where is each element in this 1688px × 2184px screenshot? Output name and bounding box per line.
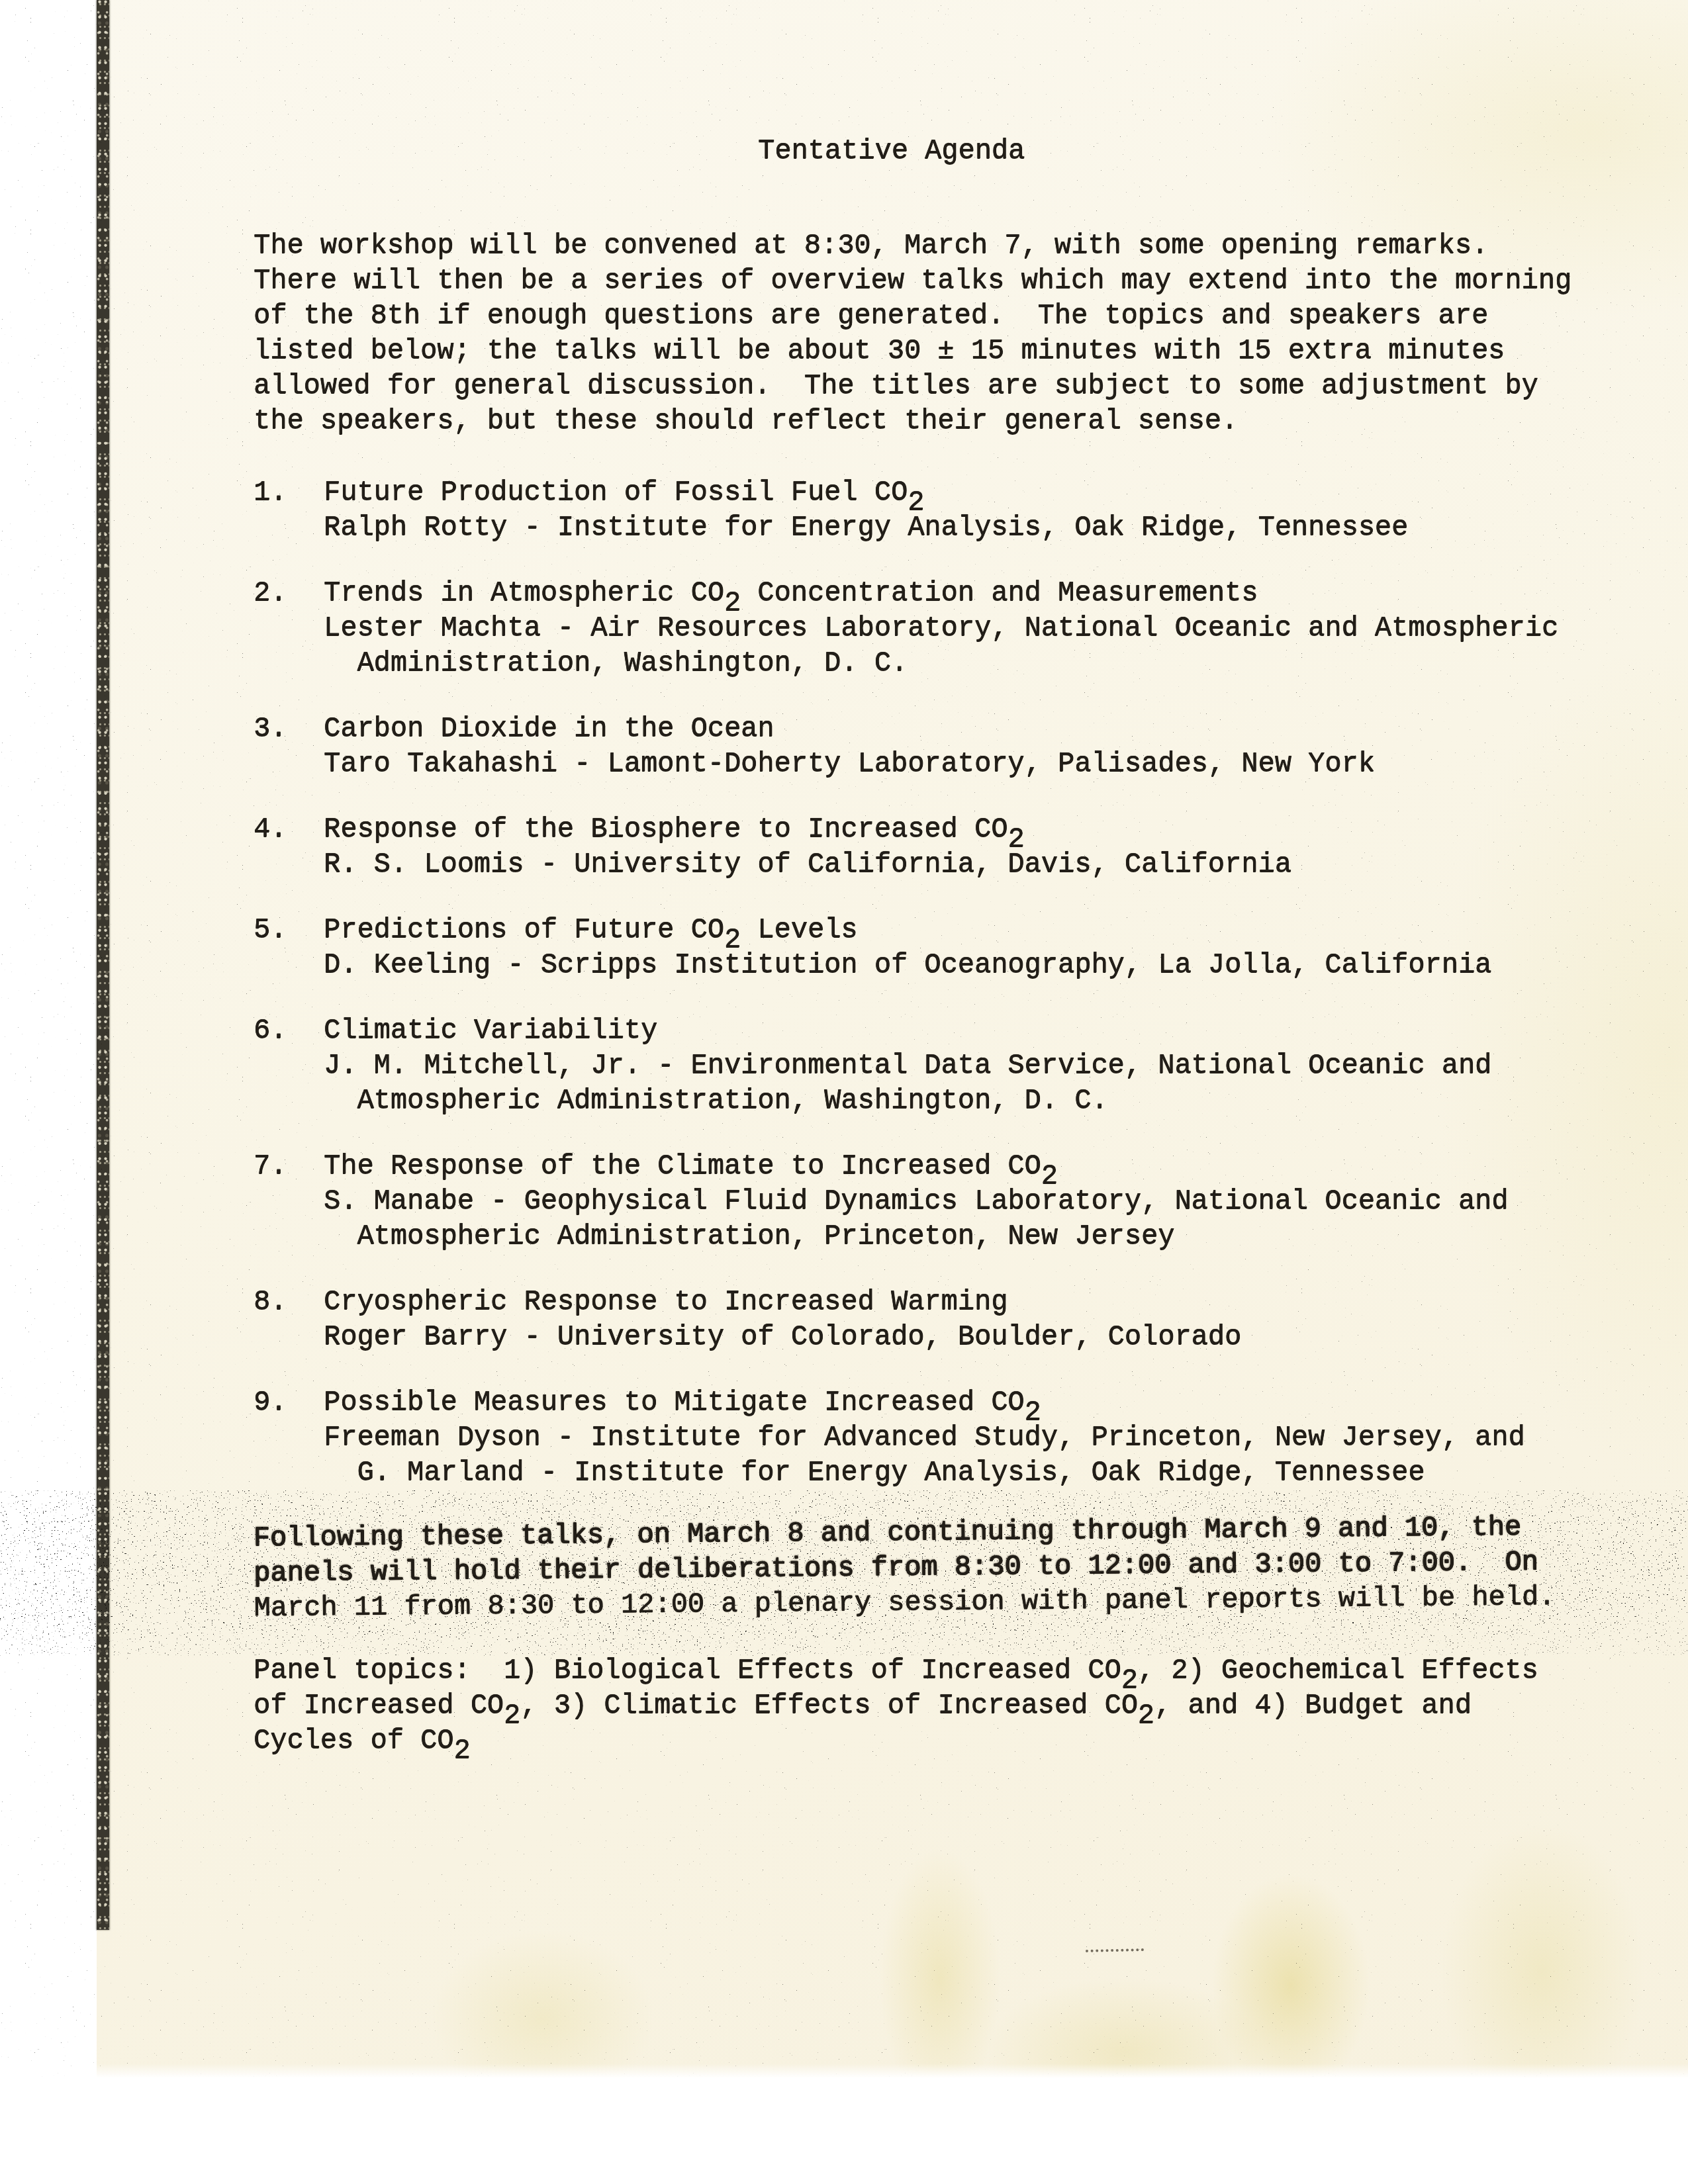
item-number: 6. [254, 1013, 287, 1048]
text-line: Atmospheric Administration, Washington, … [324, 1083, 1624, 1118]
item-title-line: 7.The Response of the Climate to Increas… [324, 1149, 1624, 1184]
subscript-2: 2 [1121, 1663, 1138, 1698]
item-number: 5. [254, 913, 287, 948]
text-line: There will then be a series of overview … [254, 263, 1624, 298]
text-line: allowed for general discussion. The titl… [254, 369, 1624, 404]
item-speakers: Lester Machta - Air Resources Laboratory… [324, 611, 1624, 681]
text-line: listed below; the talks will be about 30… [254, 334, 1624, 369]
item-number: 7. [254, 1149, 287, 1184]
agenda-list: 1.Future Production of Fossil Fuel CO2 R… [254, 475, 1624, 1490]
item-title: The Response of the Climate to Increased… [324, 1150, 1058, 1182]
item-title: Possible Measures to Mitigate Increased … [324, 1387, 1041, 1418]
panel-topics-paragraph: Panel topics: 1) Biological Effects of I… [254, 1653, 1624, 1758]
document-body: Tentative Agenda The workshop will be co… [254, 134, 1624, 1758]
text-line: Freeman Dyson - Institute for Advanced S… [324, 1420, 1624, 1455]
item-speakers: J. M. Mitchell, Jr. - Environmental Data… [324, 1048, 1624, 1118]
item-speakers: Roger Barry - University of Colorado, Bo… [324, 1320, 1624, 1355]
text-line: The workshop will be convened at 8:30, M… [254, 228, 1624, 263]
text-line: Cycles of CO2 [254, 1723, 1624, 1758]
subscript-2: 2 [1025, 1395, 1041, 1430]
item-title: Carbon Dioxide in the Ocean [324, 713, 774, 745]
binding-edge-strip [97, 0, 109, 1930]
document-title: Tentative Agenda [758, 134, 1624, 169]
item-number: 3. [254, 711, 287, 747]
item-title-line: 1.Future Production of Fossil Fuel CO2 [324, 475, 1624, 510]
item-number: 9. [254, 1385, 287, 1420]
subscript-2: 2 [1041, 1159, 1058, 1194]
scanner-bottom-margin [0, 2064, 1688, 2184]
item-speakers: Ralph Rotty - Institute for Energy Analy… [324, 510, 1624, 545]
text-line: D. Keeling - Scripps Institution of Ocea… [324, 948, 1624, 983]
item-speakers: S. Manabe - Geophysical Fluid Dynamics L… [324, 1184, 1624, 1254]
item-title-line: 4.Response of the Biosphere to Increased… [324, 812, 1624, 847]
item-number: 2. [254, 576, 287, 611]
subscript-2: 2 [908, 485, 924, 520]
item-title: Future Production of Fossil Fuel CO2 [324, 477, 924, 508]
item-title-line: 6.Climatic Variability [324, 1013, 1624, 1048]
schedule-paragraph: Following these talks, on March 8 and co… [253, 1509, 1624, 1626]
text-line: S. Manabe - Geophysical Fluid Dynamics L… [324, 1184, 1624, 1219]
intro-paragraph: The workshop will be convened at 8:30, M… [254, 228, 1624, 439]
agenda-item: 8.Cryospheric Response to Increased Warm… [254, 1285, 1624, 1355]
agenda-item: 2.Trends in Atmospheric CO2 Concentratio… [254, 576, 1624, 681]
item-speakers: Taro Takahashi - Lamont-Doherty Laborato… [324, 747, 1624, 782]
text-line: of Increased CO2, 3) Climatic Effects of… [254, 1688, 1624, 1723]
text-line: the speakers, but these should reflect t… [254, 404, 1624, 439]
item-title-line: 8.Cryospheric Response to Increased Warm… [324, 1285, 1624, 1320]
item-number: 8. [254, 1285, 287, 1320]
item-title: Climatic Variability [324, 1015, 657, 1046]
text-line: Administration, Washington, D. C. [324, 646, 1624, 681]
item-title: Trends in Atmospheric CO2 Concentration … [324, 577, 1258, 609]
item-speakers: D. Keeling - Scripps Institution of Ocea… [324, 948, 1624, 983]
text-line: R. S. Loomis - University of California,… [324, 847, 1624, 882]
text-line: Taro Takahashi - Lamont-Doherty Laborato… [324, 747, 1624, 782]
text-line: Roger Barry - University of Colorado, Bo… [324, 1320, 1624, 1355]
subscript-2: 2 [1008, 822, 1024, 857]
text-line: Atmospheric Administration, Princeton, N… [324, 1219, 1624, 1254]
item-number: 1. [254, 475, 287, 510]
item-title-line: 9.Possible Measures to Mitigate Increase… [324, 1385, 1624, 1420]
text-line: J. M. Mitchell, Jr. - Environmental Data… [324, 1048, 1624, 1083]
agenda-item: 3.Carbon Dioxide in the Ocean Taro Takah… [254, 711, 1624, 782]
agenda-item: 4.Response of the Biosphere to Increased… [254, 812, 1624, 882]
subscript-2: 2 [724, 586, 741, 621]
scanner-left-margin [0, 0, 97, 2184]
subscript-2: 2 [724, 923, 741, 958]
item-title-line: 3.Carbon Dioxide in the Ocean [324, 711, 1624, 747]
item-title: Cryospheric Response to Increased Warmin… [324, 1286, 1008, 1318]
scanned-document-page: Tentative Agenda The workshop will be co… [0, 0, 1688, 2184]
item-speakers: Freeman Dyson - Institute for Advanced S… [324, 1420, 1624, 1490]
agenda-item: 6.Climatic Variability J. M. Mitchell, J… [254, 1013, 1624, 1118]
item-speakers: R. S. Loomis - University of California,… [324, 847, 1624, 882]
text-line: Ralph Rotty - Institute for Energy Analy… [324, 510, 1624, 545]
agenda-item: 9.Possible Measures to Mitigate Increase… [254, 1385, 1624, 1490]
text-line: Panel topics: 1) Biological Effects of I… [254, 1653, 1624, 1688]
agenda-item: 5.Predictions of Future CO2 Levels D. Ke… [254, 913, 1624, 983]
agenda-item: 7.The Response of the Climate to Increas… [254, 1149, 1624, 1254]
text-line: Lester Machta - Air Resources Laboratory… [324, 611, 1624, 646]
item-title-line: 5.Predictions of Future CO2 Levels [324, 913, 1624, 948]
text-line: of the 8th if enough questions are gener… [254, 298, 1624, 334]
subscript-2: 2 [1138, 1698, 1154, 1733]
subscript-2: 2 [504, 1698, 520, 1733]
item-title: Response of the Biosphere to Increased C… [324, 813, 1025, 845]
pencil-dash-mark [1086, 1948, 1144, 1952]
item-title-line: 2.Trends in Atmospheric CO2 Concentratio… [324, 576, 1624, 611]
subscript-2: 2 [453, 1733, 470, 1768]
item-number: 4. [254, 812, 287, 847]
agenda-item: 1.Future Production of Fossil Fuel CO2 R… [254, 475, 1624, 545]
item-title: Predictions of Future CO2 Levels [324, 914, 858, 946]
text-line: G. Marland - Institute for Energy Analys… [324, 1455, 1624, 1490]
